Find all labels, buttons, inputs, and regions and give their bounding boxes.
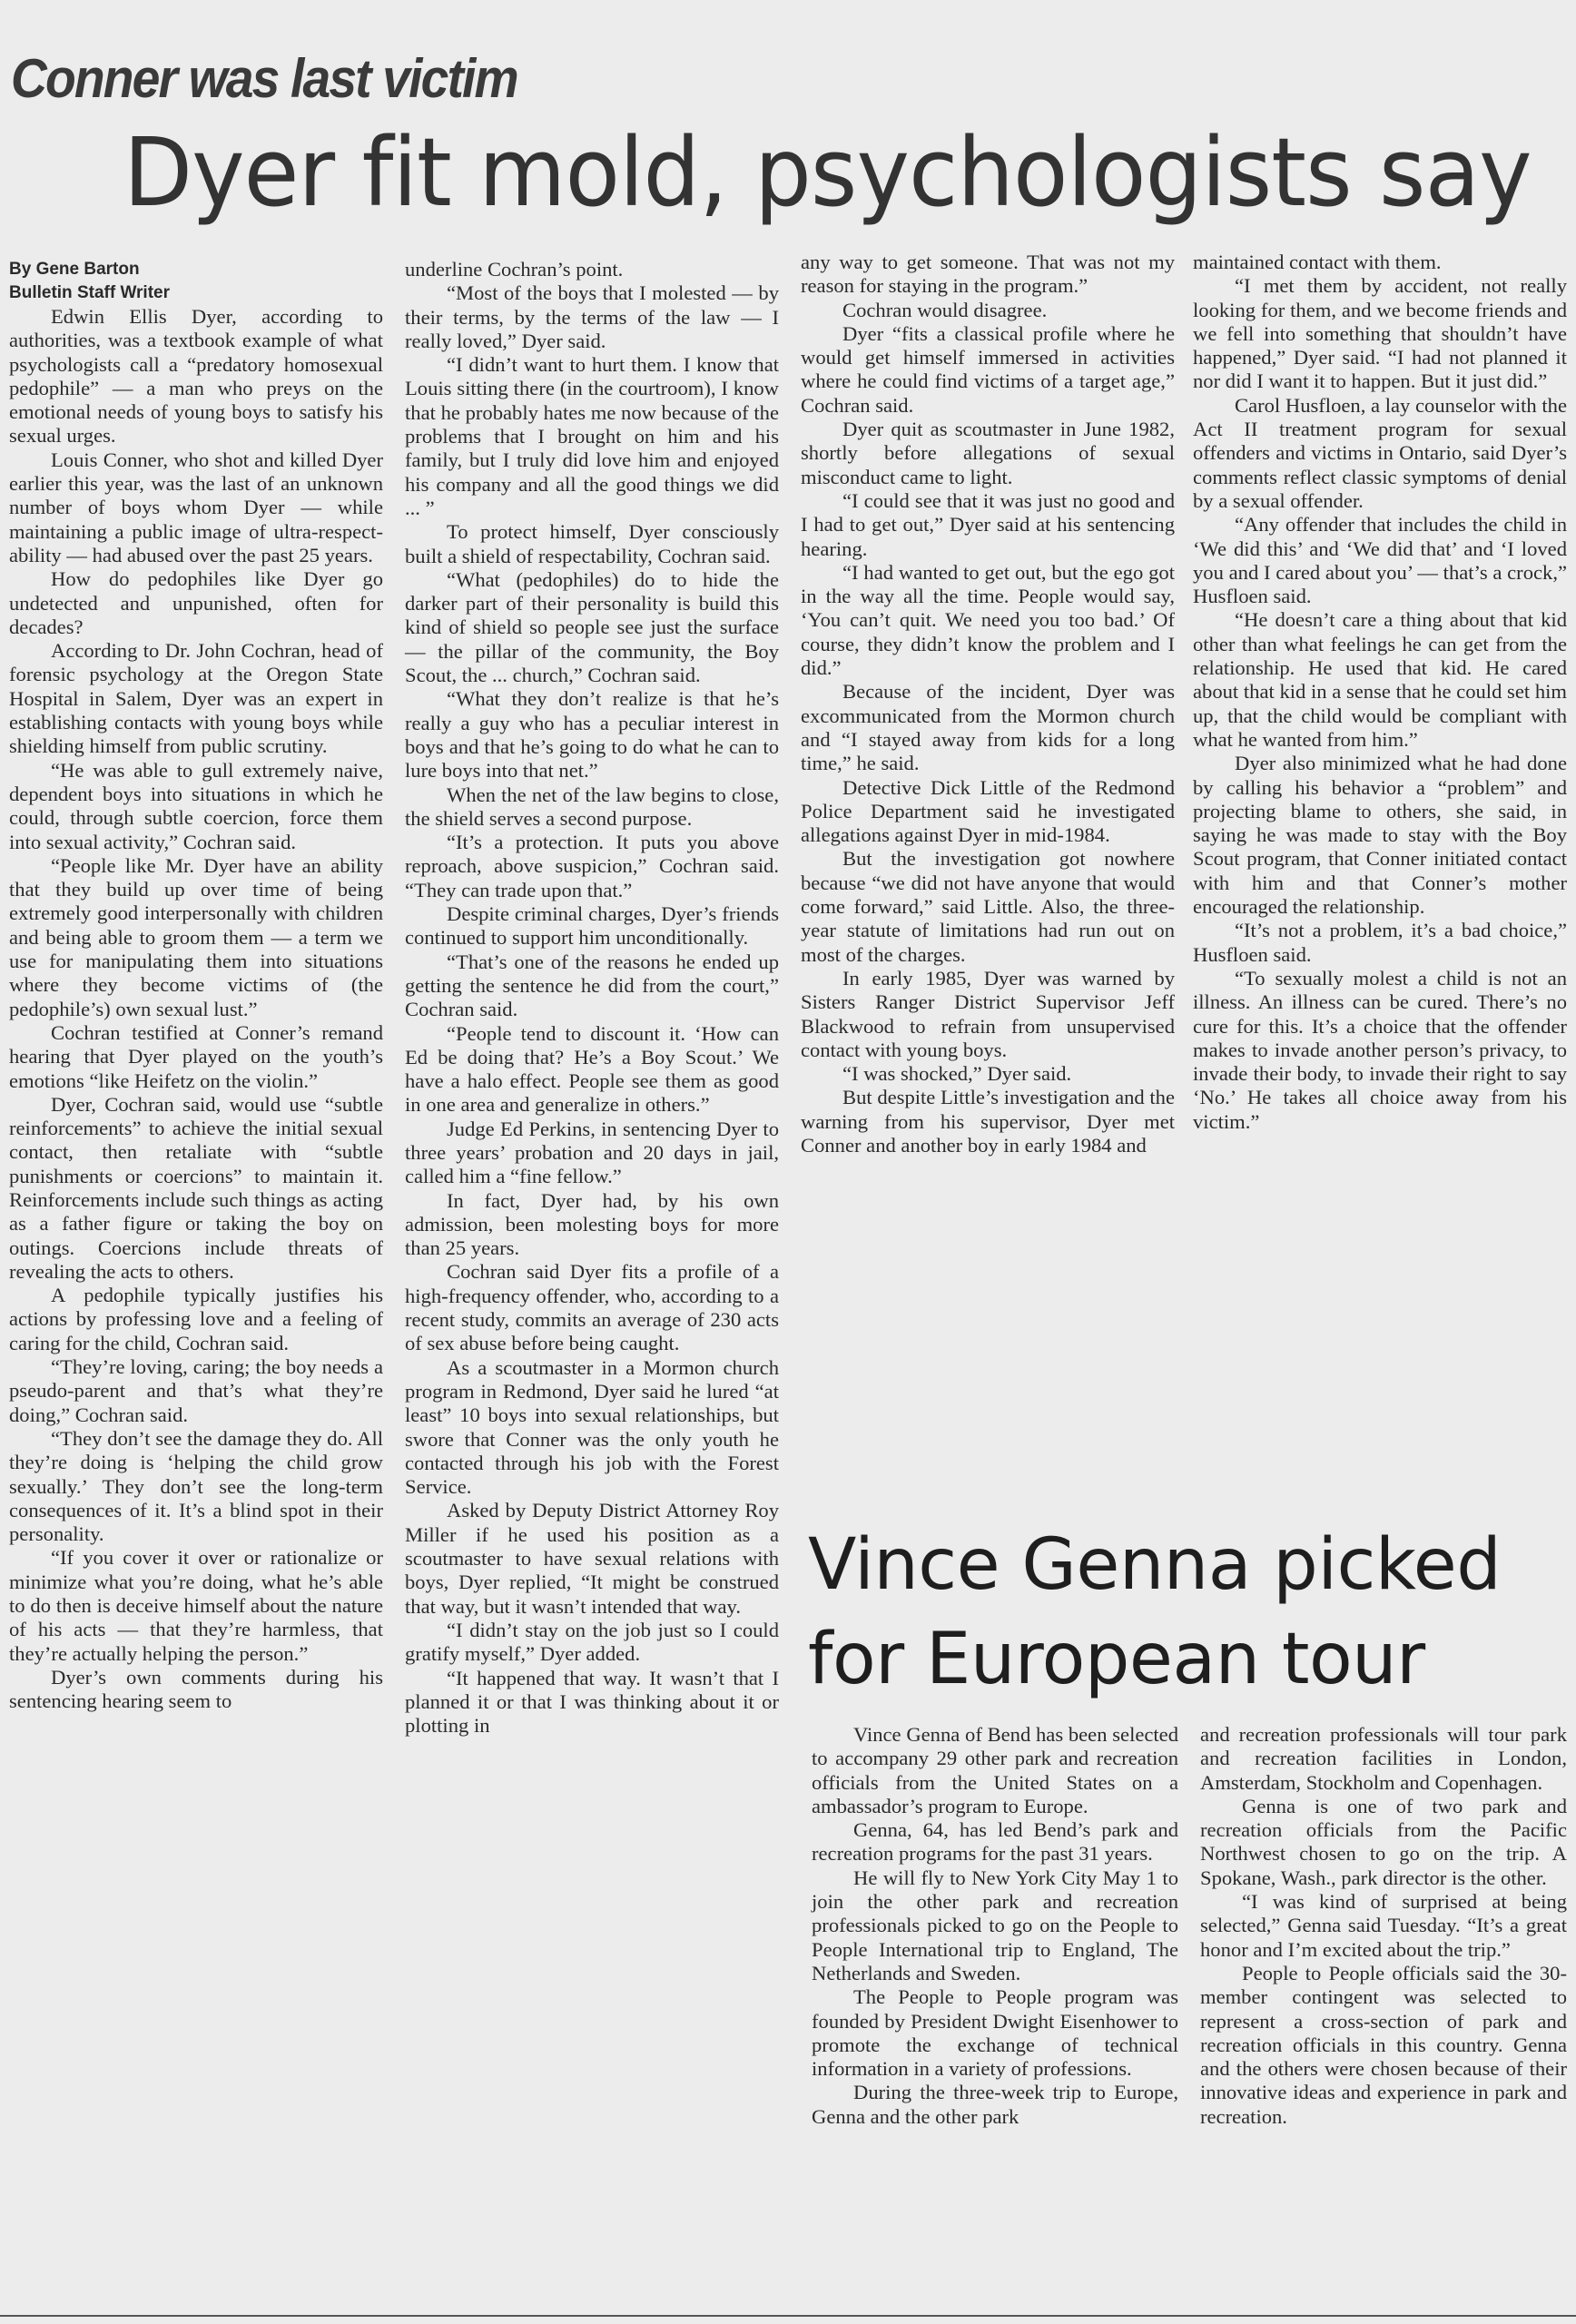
- paragraph: In fact, Dyer had, by his own admission,…: [405, 1189, 779, 1261]
- paragraph: The People to People program was founded…: [812, 1985, 1178, 2081]
- paragraph: Cochran would disagree.: [801, 299, 1175, 322]
- article2-column-2: and recreation professionals will tour p…: [1200, 1723, 1567, 2129]
- article-column-4: maintained contact with them.“I met them…: [1193, 251, 1567, 1134]
- paragraph: “It’s a protection. It puts you above re…: [405, 831, 779, 902]
- kicker: Conner was last victim: [11, 47, 517, 110]
- paragraph: When the net of the law begins to close,…: [405, 783, 779, 832]
- paragraph: Dyer quit as scoutmaster in June 1982, s…: [801, 418, 1175, 489]
- paragraph: “It happened that way. It wasn’t that I …: [405, 1667, 779, 1738]
- paragraph: “Most of the boys that I molested — by t…: [405, 281, 779, 353]
- paragraph: Despite criminal charges, Dyer’s friends…: [405, 902, 779, 950]
- column-body: any way to get someone. That was not my …: [801, 251, 1175, 1157]
- paragraph: Cochran said Dyer fits a profile of a hi…: [405, 1260, 779, 1355]
- paragraph: Because of the incident, Dyer was excomm…: [801, 680, 1175, 775]
- paragraph: As a scoutmaster in a Mormon church prog…: [405, 1356, 779, 1500]
- paragraph: Carol Husfloen, a lay counselor with the…: [1193, 394, 1567, 513]
- column-body: Edwin Ellis Dyer, according to authoriti…: [9, 305, 383, 1714]
- paragraph: Asked by Deputy District At­torney Roy M…: [405, 1499, 779, 1618]
- article-column-3: any way to get someone. That was not my …: [801, 251, 1175, 1157]
- paragraph: “I was shocked,” Dyer said.: [801, 1062, 1175, 1086]
- paragraph: “What they don’t realize is that he’s re…: [405, 687, 779, 783]
- paragraph: “That’s one of the reasons he ended up g…: [405, 950, 779, 1022]
- paragraph: Genna, 64, has led Bend’s park and recre…: [812, 1818, 1178, 1866]
- column-body: and recreation professionals will tour p…: [1200, 1723, 1567, 2129]
- headline: Dyer fit mold, psychologists say: [123, 125, 1532, 220]
- paragraph: “I didn’t want to hurt them. I know that…: [405, 353, 779, 520]
- paragraph: “Any offender that includes the child in…: [1193, 513, 1567, 608]
- paragraph: A pedophile typically justifies his acti…: [9, 1284, 383, 1355]
- paragraph: But the investigation got no­where becau…: [801, 847, 1175, 966]
- byline-author: By Gene Barton: [9, 258, 383, 281]
- paragraph: “He doesn’t care a thing about that kid …: [1193, 608, 1567, 752]
- paragraph: To protect himself, Dyer con­sciously bu…: [405, 520, 779, 568]
- bottom-rule: [0, 2315, 1576, 2317]
- paragraph: Louis Conner, who shot and killed Dyer e…: [9, 448, 383, 567]
- article-column-2: underline Cochran’s point.“Most of the b…: [405, 258, 779, 1738]
- paragraph: Genna is one of two park and recreation …: [1200, 1795, 1567, 1890]
- paragraph: underline Cochran’s point.: [405, 258, 779, 281]
- paragraph: Dyer’s own comments during his sentencin…: [9, 1666, 383, 1714]
- paragraph: Dyer “fits a classical profile where he …: [801, 322, 1175, 418]
- paragraph: “I had wanted to get out, but the ego go…: [801, 561, 1175, 680]
- paragraph: “I was kind of surprised at being select…: [1200, 1890, 1567, 1962]
- paragraph: maintained contact with them.: [1193, 251, 1567, 274]
- paragraph: “People like Mr. Dyer have an ability th…: [9, 854, 383, 1021]
- paragraph: People to People officials said the 30-m…: [1200, 1962, 1567, 2129]
- paragraph: and recreation professionals will tour p…: [1200, 1723, 1567, 1795]
- paragraph: “If you cover it over or ration­alize or…: [9, 1546, 383, 1665]
- paragraph: “I could see that it was just no good an…: [801, 489, 1175, 561]
- paragraph: Cochran testified at Conner’s remand hea…: [9, 1021, 383, 1093]
- paragraph: But despite Little’s investiga­tion and …: [801, 1086, 1175, 1157]
- paragraph: Detective Dick Little of the Redmond Pol…: [801, 776, 1175, 848]
- column-body: underline Cochran’s point.“Most of the b…: [405, 258, 779, 1738]
- paragraph: “I didn’t stay on the job just so I coul…: [405, 1619, 779, 1667]
- byline-title: Bulletin Staff Writer: [9, 281, 383, 305]
- paragraph: Edwin Ellis Dyer, according to authoriti…: [9, 305, 383, 448]
- article-column-1: By Gene Barton Bulletin Staff Writer Edw…: [9, 258, 383, 1714]
- paragraph: any way to get someone. That was not my …: [801, 251, 1175, 299]
- column-body: Vince Genna of Bend has been selected to…: [812, 1723, 1178, 2129]
- paragraph: “To sexually molest a child is not an il…: [1193, 967, 1567, 1134]
- paragraph: “They’re loving, caring; the boy needs a…: [9, 1355, 383, 1427]
- article2-column-1: Vince Genna of Bend has been selected to…: [812, 1723, 1178, 2129]
- paragraph: How do pedophiles like Dyer go undetecte…: [9, 567, 383, 639]
- paragraph: Vince Genna of Bend has been selected to…: [812, 1723, 1178, 1818]
- column-body: maintained contact with them.“I met them…: [1193, 251, 1567, 1134]
- paragraph: “I met them by accident, not really look…: [1193, 274, 1567, 393]
- paragraph: “They don’t see the damage they do. All …: [9, 1427, 383, 1546]
- paragraph: Dyer, Cochran said, would use “subtle re…: [9, 1093, 383, 1284]
- paragraph: Dyer also minimized what he had done by …: [1193, 752, 1567, 919]
- paragraph: In early 1985, Dyer was warned by Sister…: [801, 967, 1175, 1062]
- paragraph: He will fly to New York City May 1 to jo…: [812, 1866, 1178, 1985]
- paragraph: Judge Ed Perkins, in sen­tencing Dyer to…: [405, 1118, 779, 1189]
- paragraph: During the three-week trip to Europe, Ge…: [812, 2081, 1178, 2129]
- headline-secondary: Vince Genna picked for European tour: [808, 1518, 1571, 1707]
- paragraph: According to Dr. John Coch­ran, head of …: [9, 639, 383, 758]
- paragraph: “He was able to gull extremely naive, de…: [9, 759, 383, 854]
- paragraph: “What (pedophiles) do to hide the darker…: [405, 568, 779, 687]
- paragraph: “It’s not a problem, it’s a bad choice,”…: [1193, 919, 1567, 967]
- paragraph: “People tend to discount it. ‘How can Ed…: [405, 1022, 779, 1118]
